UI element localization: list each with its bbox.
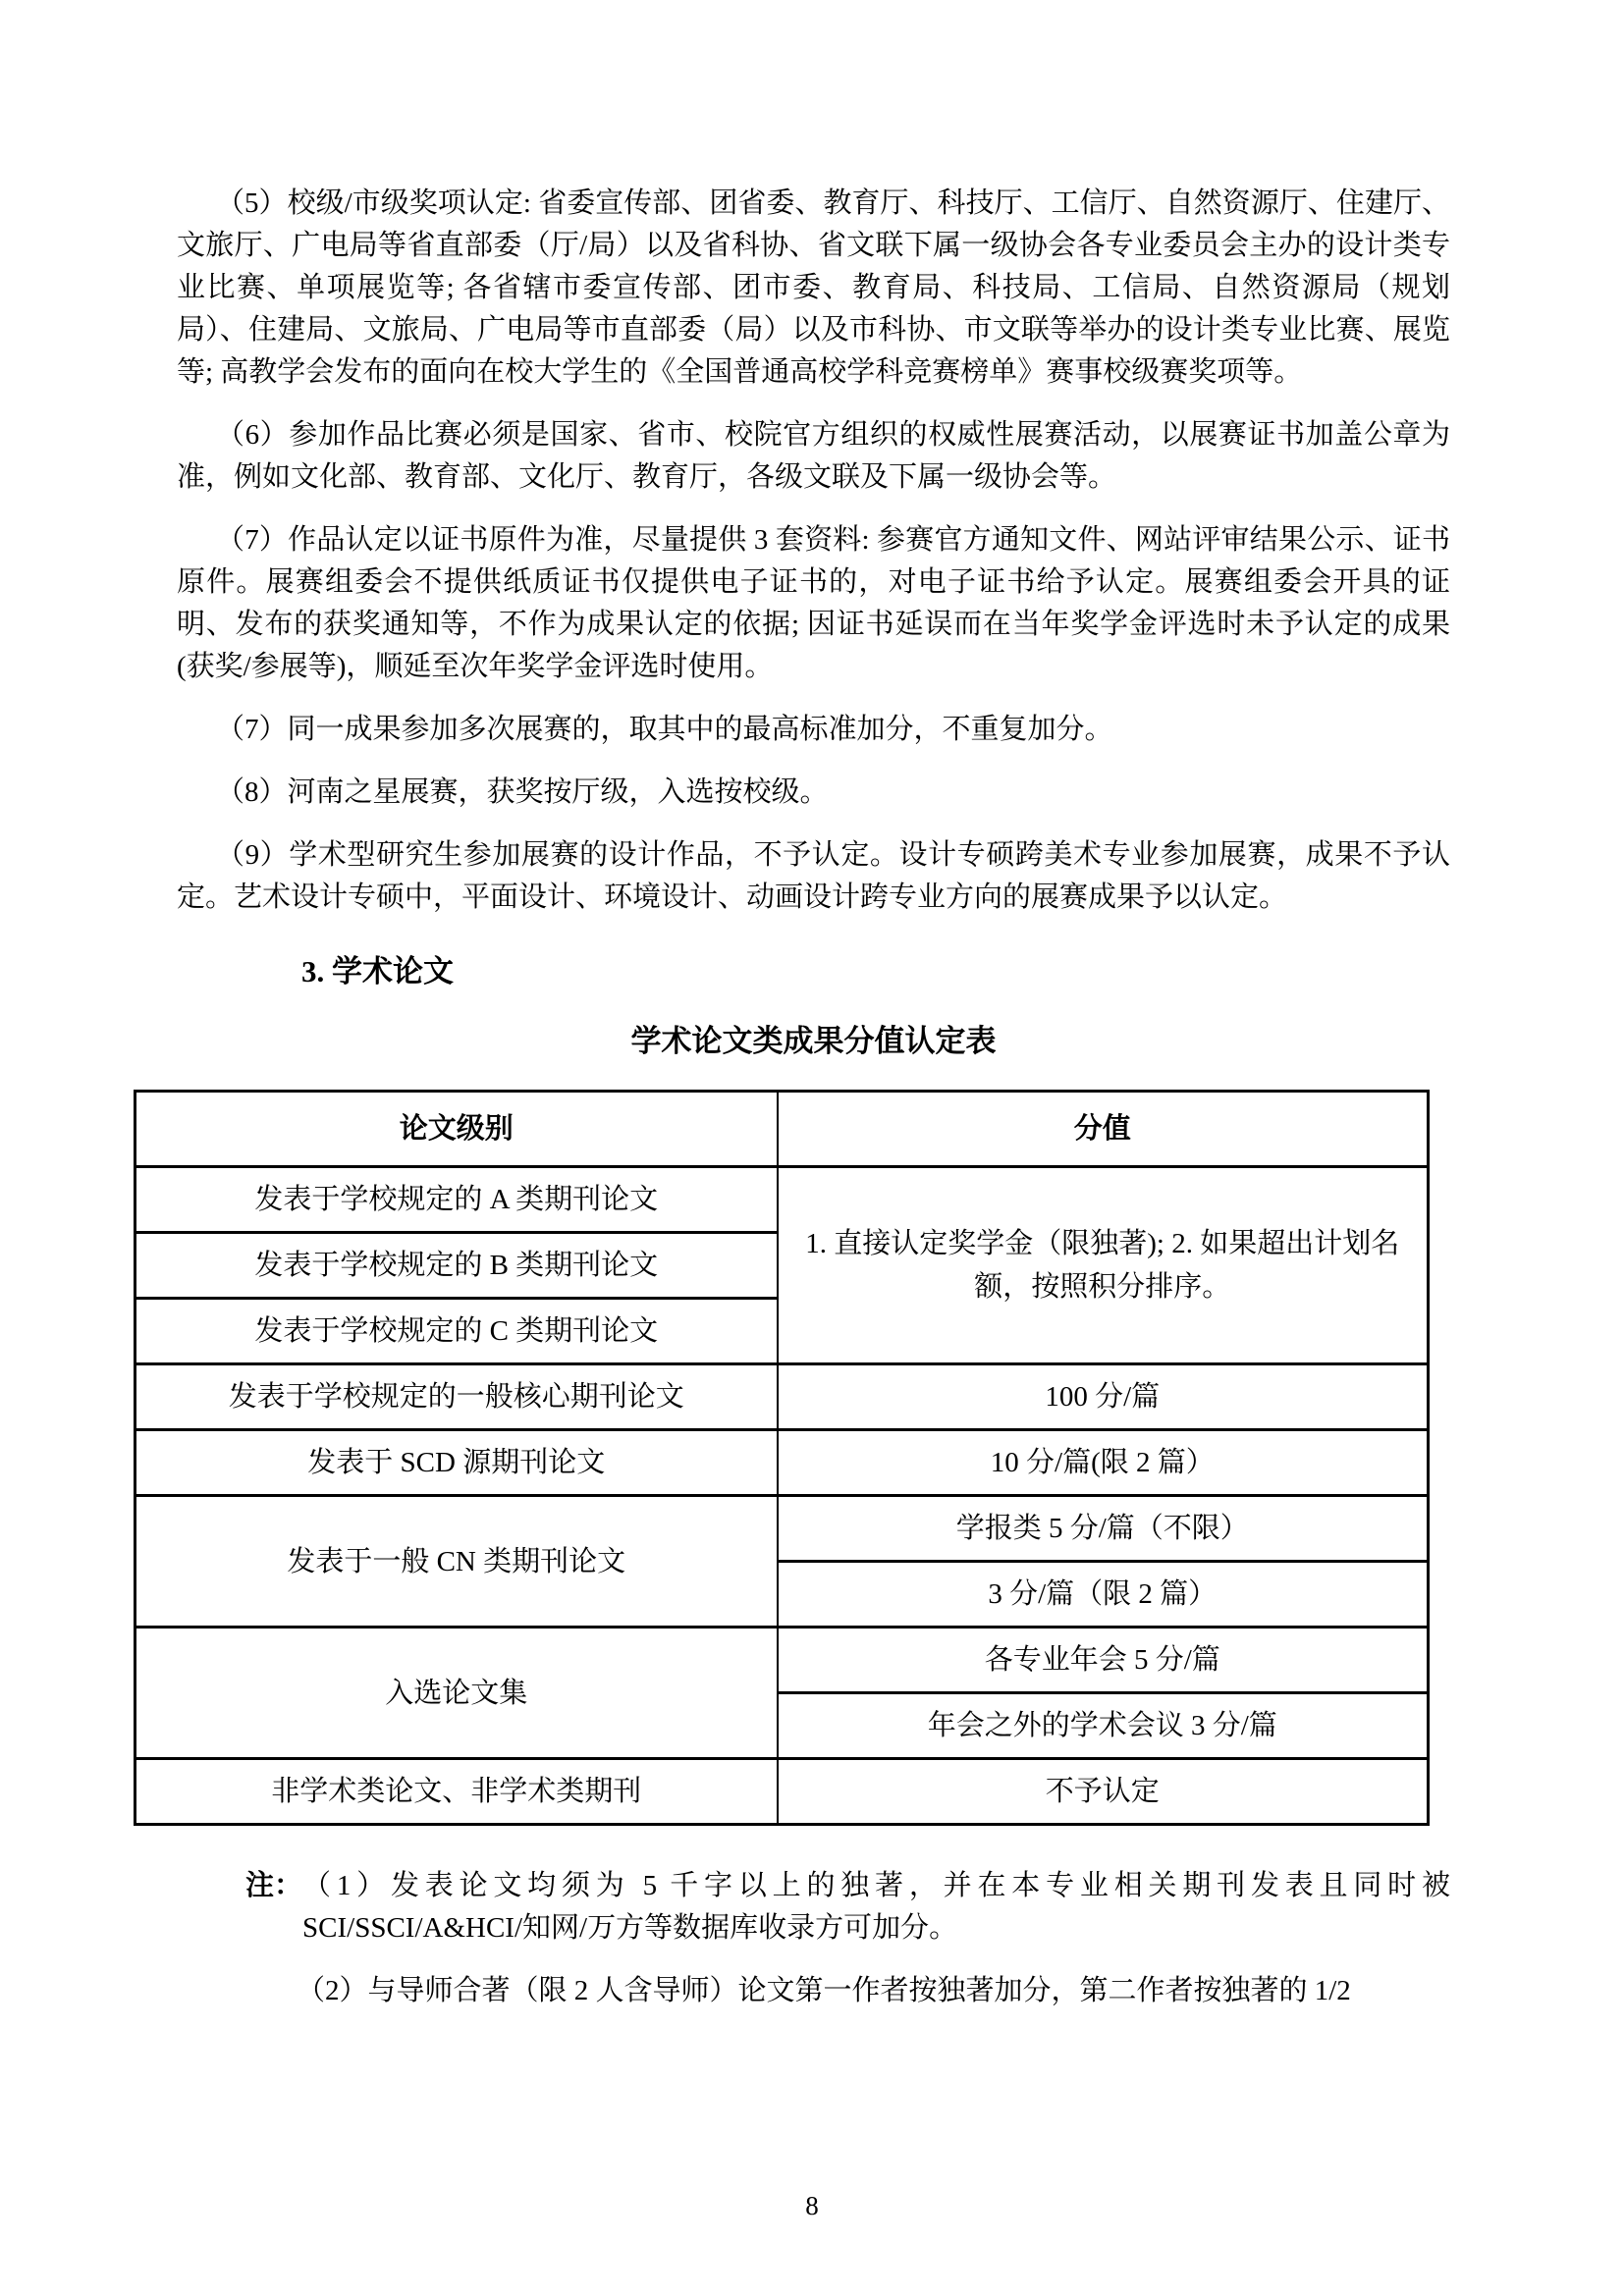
paragraph-7b: （7）同一成果参加多次展赛的，取其中的最高标准加分，不重复加分。 bbox=[177, 709, 1450, 751]
table-row: 入选论文集 各专业年会 5 分/篇 bbox=[135, 1628, 1429, 1693]
paragraph-8: （8）河南之星展赛，获奖按厅级，入选按校级。 bbox=[177, 772, 1450, 814]
cell-level-a: 发表于学校规定的 A 类期刊论文 bbox=[135, 1167, 778, 1233]
table-header-row: 论文级别 分值 bbox=[135, 1092, 1429, 1167]
paragraph-7a: （7）作品认定以证书原件为准，尽量提供 3 套资料: 参赛官方通知文件、网站评审… bbox=[177, 519, 1450, 688]
cell-score-core: 100 分/篇 bbox=[778, 1364, 1429, 1430]
cell-score-scd: 10 分/篇(限 2 篇） bbox=[778, 1430, 1429, 1496]
table-row: 非学术类论文、非学术类期刊 不予认定 bbox=[135, 1759, 1429, 1825]
header-level: 论文级别 bbox=[135, 1092, 778, 1167]
paragraph-9: （9）学术型研究生参加展赛的设计作品，不予认定。设计专硕跨美术专业参加展赛，成果… bbox=[177, 834, 1450, 919]
table-row: 发表于一般 CN 类期刊论文 学报类 5 分/篇（不限） bbox=[135, 1496, 1429, 1562]
table-title: 学术论文类成果分值认定表 bbox=[177, 1016, 1450, 1060]
score-table: 论文级别 分值 发表于学校规定的 A 类期刊论文 1. 直接认定奖学金（限独著)… bbox=[134, 1090, 1430, 1826]
cell-score-collection-other: 年会之外的学术会议 3 分/篇 bbox=[778, 1693, 1429, 1759]
section-heading: 3. 学术论文 bbox=[301, 946, 1450, 990]
paragraph-5: （5）校级/市级奖项认定: 省委宣传部、团省委、教育厅、科技厅、工信厅、自然资源… bbox=[177, 183, 1450, 394]
notes-block: 注： （1）发表论文均须为 5 千字以上的独著，并在本专业相关期刊发表且同时被 … bbox=[177, 1865, 1450, 2012]
note-label: 注： bbox=[245, 1865, 302, 1949]
cell-level-scd: 发表于 SCD 源期刊论文 bbox=[135, 1430, 778, 1496]
cell-score-cn-journal: 学报类 5 分/篇（不限） bbox=[778, 1496, 1429, 1562]
table-row: 发表于 SCD 源期刊论文 10 分/篇(限 2 篇） bbox=[135, 1430, 1429, 1496]
note-1-text: （1）发表论文均须为 5 千字以上的独著，并在本专业相关期刊发表且同时被 SCI… bbox=[302, 1865, 1450, 1949]
cell-score-collection-annual: 各专业年会 5 分/篇 bbox=[778, 1628, 1429, 1693]
cell-level-b: 发表于学校规定的 B 类期刊论文 bbox=[135, 1233, 778, 1299]
note-1: 注： （1）发表论文均须为 5 千字以上的独著，并在本专业相关期刊发表且同时被 … bbox=[245, 1865, 1450, 1949]
table-row: 发表于学校规定的 A 类期刊论文 1. 直接认定奖学金（限独著); 2. 如果超… bbox=[135, 1167, 1429, 1233]
cell-score-cn-other: 3 分/篇（限 2 篇） bbox=[778, 1562, 1429, 1628]
header-score: 分值 bbox=[778, 1092, 1429, 1167]
cell-score-non-academic: 不予认定 bbox=[778, 1759, 1429, 1825]
cell-level-collection: 入选论文集 bbox=[135, 1628, 778, 1759]
cell-level-core: 发表于学校规定的一般核心期刊论文 bbox=[135, 1364, 778, 1430]
table-row: 发表于学校规定的一般核心期刊论文 100 分/篇 bbox=[135, 1364, 1429, 1430]
cell-level-cn: 发表于一般 CN 类期刊论文 bbox=[135, 1496, 778, 1628]
cell-level-c: 发表于学校规定的 C 类期刊论文 bbox=[135, 1299, 778, 1364]
note-2-text: （2）与导师合著（限 2 人含导师）论文第一作者按独著加分，第二作者按独著的 1… bbox=[297, 1970, 1450, 2012]
cell-level-non-academic: 非学术类论文、非学术类期刊 bbox=[135, 1759, 778, 1825]
page-content: （5）校级/市级奖项认定: 省委宣传部、团省委、教育厅、科技厅、工信厅、自然资源… bbox=[177, 183, 1450, 2012]
paragraph-6: （6）参加作品比赛必须是国家、省市、校院官方组织的权威性展赛活动，以展赛证书加盖… bbox=[177, 414, 1450, 499]
page-number: 8 bbox=[0, 2191, 1624, 2221]
cell-score-abc: 1. 直接认定奖学金（限独著); 2. 如果超出计划名额，按照积分排序。 bbox=[778, 1167, 1429, 1364]
document-page: （5）校级/市级奖项认定: 省委宣传部、团省委、教育厅、科技厅、工信厅、自然资源… bbox=[0, 0, 1624, 2296]
